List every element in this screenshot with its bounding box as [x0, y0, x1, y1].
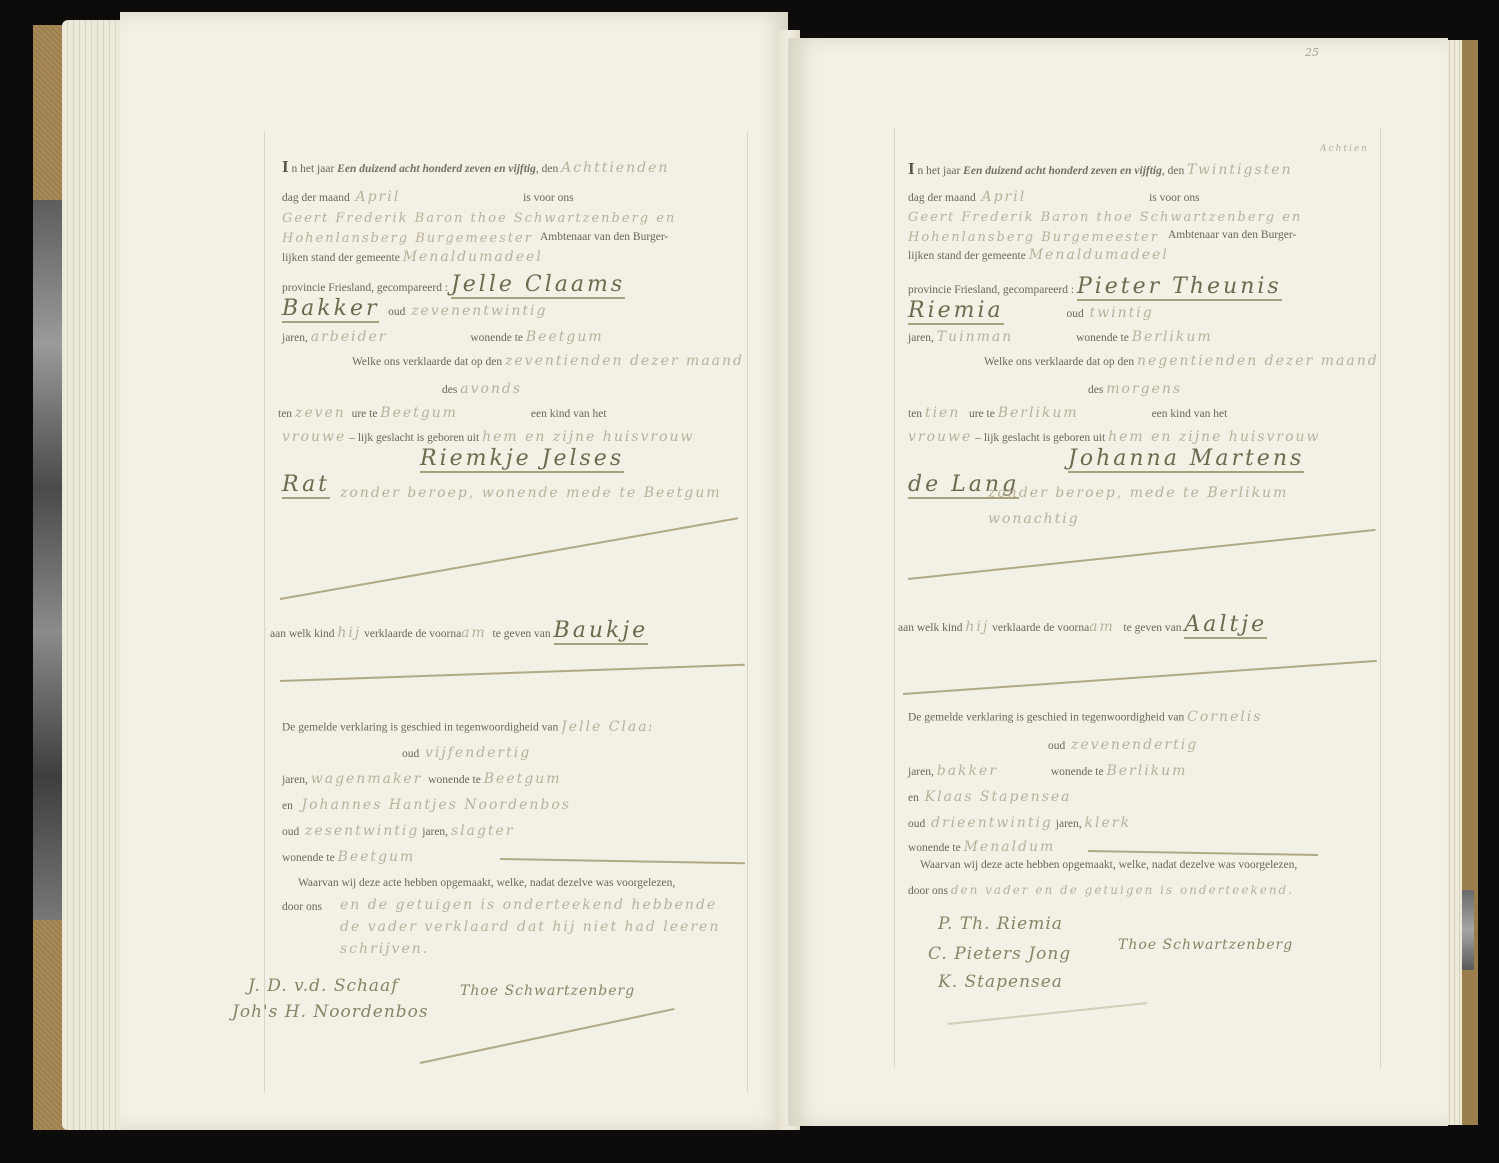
declarant-surname: Bakker — [282, 296, 379, 323]
signature: Thoe Schwartzenberg — [1118, 938, 1293, 952]
child-name: Aaltje — [1184, 612, 1267, 639]
declarant-first: Pieter Theunis — [1077, 274, 1282, 301]
cancel-stroke — [280, 664, 745, 682]
flourish — [948, 1002, 1147, 1025]
signature: J. D. v.d. Schaaf — [248, 978, 399, 995]
signature: Joh's H. Noordenbos — [232, 1004, 429, 1021]
record-day: Twintigsten — [1187, 162, 1293, 178]
mother-name: Riemkje Jelses — [420, 446, 624, 473]
marbled-cover-right — [1462, 890, 1474, 970]
child-name: Baukje — [554, 618, 649, 645]
official-name: Geert Frederik Baron thoe Schwartzenberg… — [282, 209, 742, 249]
signature: P. Th. Riemia — [938, 916, 1063, 933]
marbled-cover-left — [33, 200, 63, 920]
birth-record-right: Achtien I n het jaar Een duizend acht ho… — [788, 38, 1448, 1126]
record-month: April — [355, 189, 400, 205]
cancel-stroke — [903, 660, 1377, 695]
left-page: I n het jaar Een duizend acht honderd ze… — [120, 12, 788, 1130]
record-day: Achttienden — [561, 160, 669, 176]
municipality: Menaldumadeel — [403, 249, 543, 265]
right-page: 25 Achtien I n het jaar Een duizend acht… — [788, 38, 1448, 1126]
cancel-stroke — [1088, 850, 1318, 856]
mother-surname: Rat — [282, 472, 330, 499]
page-stack-left — [62, 20, 122, 1130]
signature: Thoe Schwartzenberg — [460, 984, 635, 998]
signature: C. Pieters Jong — [928, 946, 1071, 963]
signature: K. Stapensea — [938, 974, 1063, 991]
birth-record-left: I n het jaar Een duizend acht honderd ze… — [120, 12, 788, 1130]
cancel-stroke — [500, 858, 745, 864]
declarant-first: Jelle Claams — [451, 272, 625, 299]
cancel-stroke — [280, 517, 738, 600]
declarant-surname: Riemia — [908, 298, 1004, 325]
mother-name: Johanna Martens — [1068, 446, 1304, 473]
municipality: Menaldumadeel — [1029, 247, 1169, 263]
official-name: Geert Frederik Baron thoe Schwartzenberg… — [908, 208, 1368, 248]
flourish — [420, 1008, 675, 1064]
cancel-stroke — [908, 529, 1376, 580]
record-month: April — [981, 189, 1026, 205]
